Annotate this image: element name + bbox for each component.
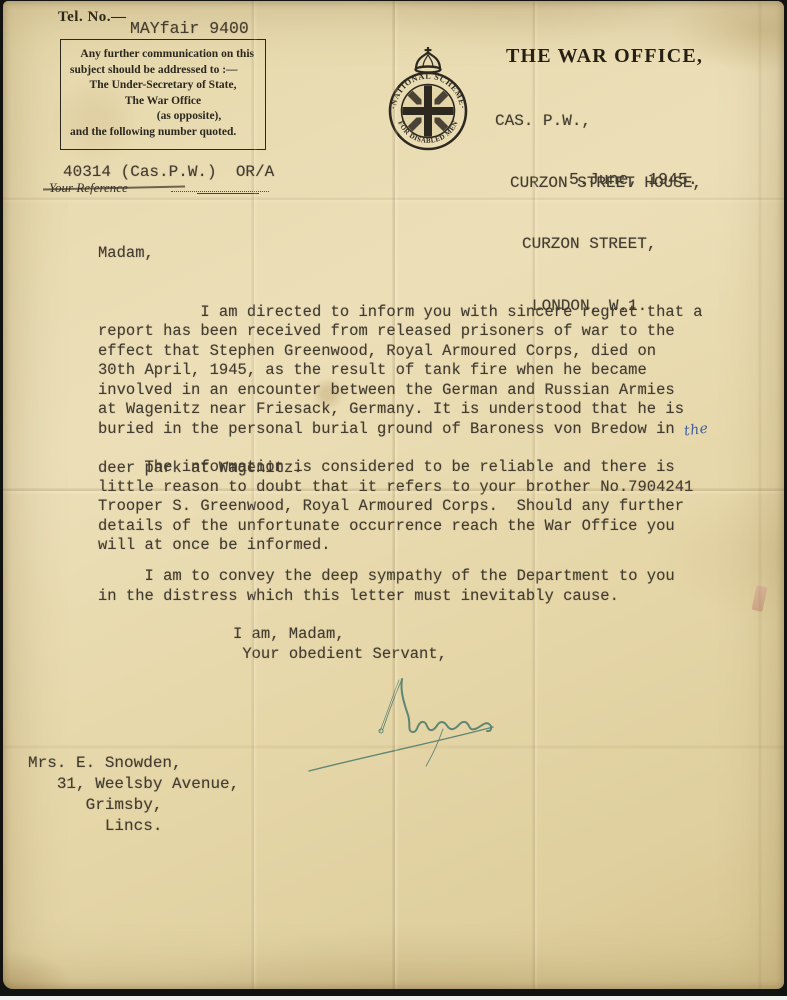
salutation: Madam, [98, 244, 154, 264]
tel-number: MAYfair 9400 [130, 19, 249, 38]
tel-label: Tel. No.— [58, 9, 127, 26]
notice-line: (as opposite), [70, 109, 256, 125]
letter-date: 5.June, 1945. [569, 170, 698, 189]
paragraph-2: The information is considered to be reli… [98, 458, 723, 556]
national-scheme-emblem-icon: ·NATIONAL SCHEME· FOR DISABLED MEN [386, 45, 470, 155]
notice-line: subject should be addressed to :— [70, 63, 256, 79]
office-address-line: CAS. P.W., [495, 111, 702, 132]
crown-icon [416, 47, 441, 73]
closing-lines: I am, Madam, Your obedient Servant, [233, 625, 447, 664]
scanned-letter: Tel. No.— MAYfair 9400 Any further commu… [0, 0, 787, 1000]
letter-paper: Tel. No.— MAYfair 9400 Any further commu… [3, 1, 784, 989]
handwritten-the: the [683, 419, 710, 441]
reference-line: 40314 (Cas.P.W.) OR/A Your Reference [43, 159, 293, 203]
signature [301, 667, 531, 782]
reference-underline [197, 179, 259, 194]
notice-line: The War Office [70, 94, 256, 110]
paragraph-3: I am to convey the deep sympathy of the … [98, 567, 723, 606]
notice-line: Any further communication on this [70, 47, 256, 63]
paragraph-1-text: I am directed to inform you with sincere… [98, 303, 703, 438]
notice-line: and the following number quoted. [70, 125, 256, 141]
office-address-line: CURZON STREET, [522, 234, 702, 255]
notice-line: The Under-Secretary of State, [70, 78, 256, 94]
recipient-address: Mrs. E. Snowden, 31, Weelsby Avenue, Gri… [28, 753, 239, 837]
office-name: THE WAR OFFICE, [506, 45, 703, 68]
tape-mark [752, 585, 768, 612]
notice-box: Any further communication on this subjec… [60, 39, 266, 150]
